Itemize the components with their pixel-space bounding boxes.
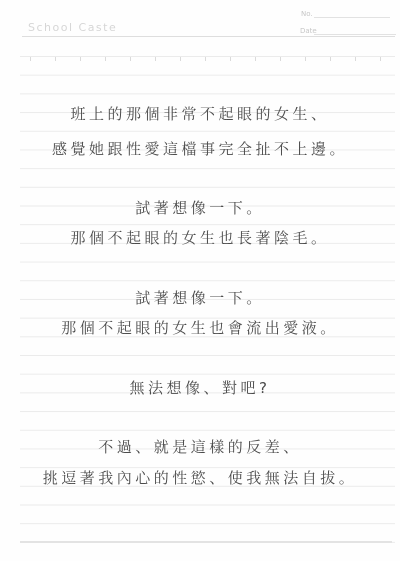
notebook-page: School Caste No. Date 班上的那個非常不起眼的女生、 感覺她… bbox=[0, 0, 400, 561]
page-title: School Caste bbox=[28, 21, 117, 34]
text-line: 班上的那個非常不起眼的女生、 bbox=[0, 103, 400, 125]
text-line: 無法想像、對吧? bbox=[0, 377, 400, 399]
text-line: 那個不起眼的女生也會流出愛液。 bbox=[0, 317, 400, 339]
ruled-line-ticks bbox=[30, 57, 385, 61]
date-field-line bbox=[314, 34, 396, 35]
text-line: 感覺她跟性愛這檔事完全扯不上邊。 bbox=[0, 138, 400, 160]
text-line: 試著想像一下。 bbox=[0, 197, 400, 219]
text-line: 挑逗著我內心的性慾、使我無法自拔。 bbox=[0, 467, 400, 489]
no-field-label: No. bbox=[301, 10, 313, 18]
text-line: 那個不起眼的女生也長著陰毛。 bbox=[0, 227, 400, 249]
text-line: 不過、就是這樣的反差、 bbox=[0, 436, 400, 458]
header-underline bbox=[22, 36, 395, 37]
bottom-rule-line bbox=[20, 541, 392, 543]
no-field-line bbox=[314, 17, 390, 18]
text-line: 試著想像一下。 bbox=[0, 287, 400, 309]
